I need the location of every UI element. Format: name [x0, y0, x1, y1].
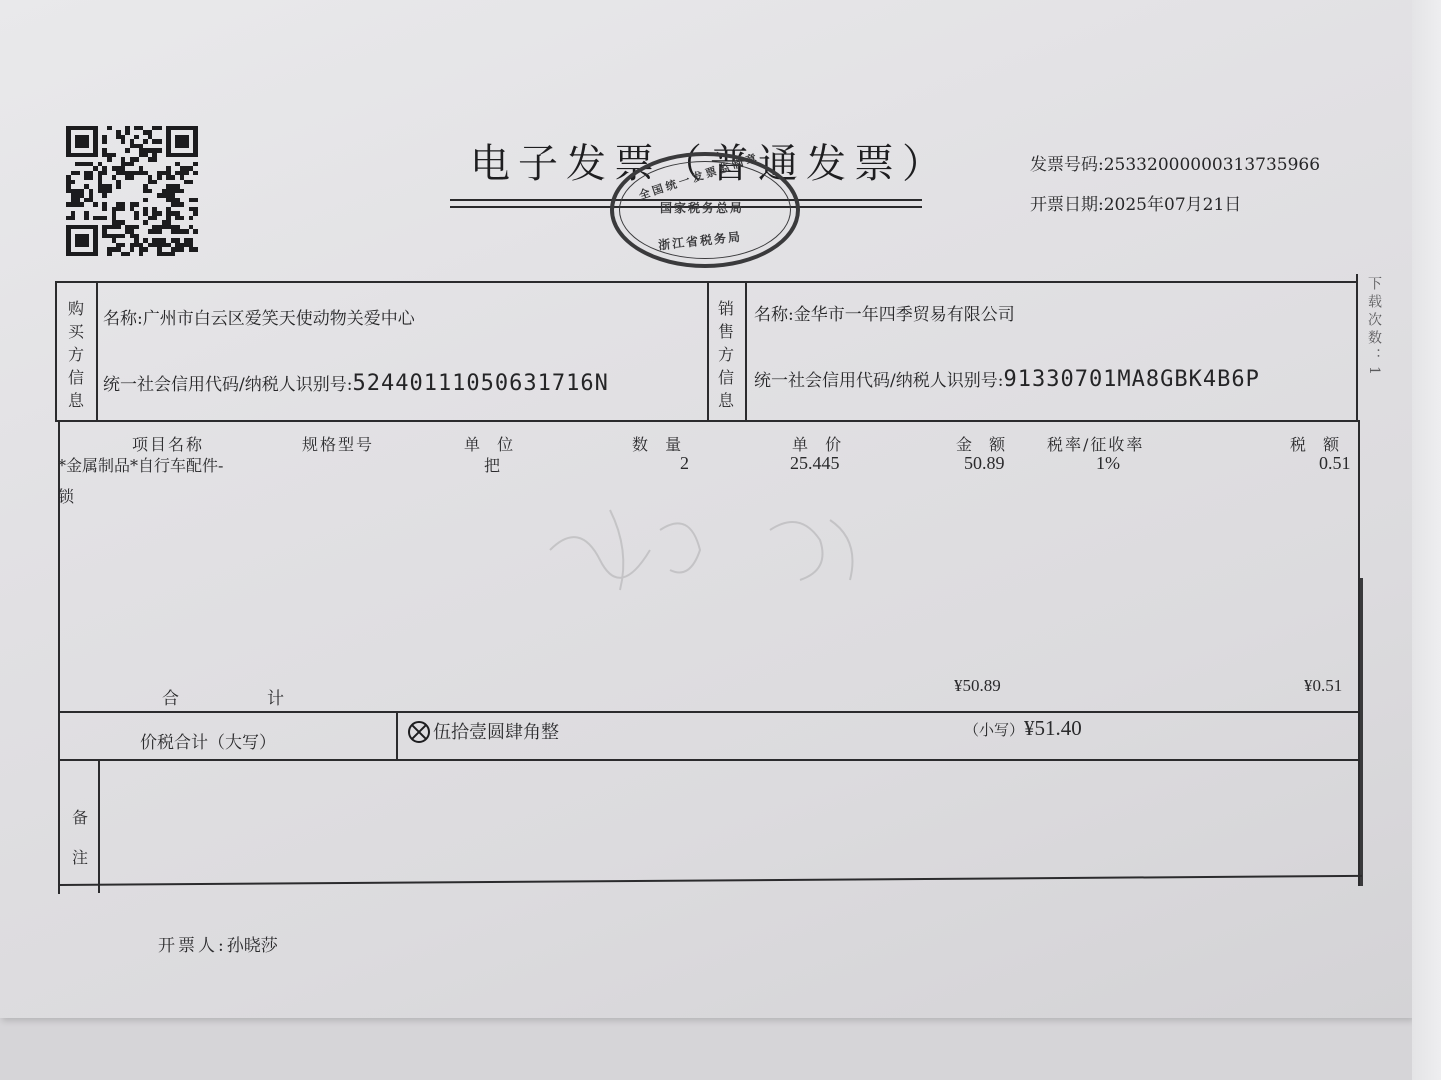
invoice-number-label: 发票号码: [1030, 155, 1104, 175]
buyer-label-divider [96, 281, 98, 422]
subtotal-bottom-border [58, 711, 1360, 713]
item-tax-rate: 1% [1096, 453, 1120, 474]
buyer-section-label: 购买方信息 [66, 297, 86, 412]
official-stamp: 全国统一发票监制章 国家税务总局 浙江省税务局 [610, 152, 800, 268]
grand-total-amount: ¥51.40 [1024, 716, 1082, 740]
buyer-tax-id-label: 统一社会信用代码/纳税人识别号: [103, 375, 352, 395]
faint-handwriting-bleed [540, 490, 880, 600]
header-quantity: 数 量 [632, 432, 687, 455]
remarks-label: 备注 [70, 798, 90, 878]
item-unit: 把 [484, 453, 500, 476]
header-spec: 规格型号 [302, 432, 374, 455]
subtotal-label: 合 计 [162, 684, 288, 709]
item-name-line2: 锁 [58, 484, 74, 507]
buyer-tax-id-row: 统一社会信用代码/纳税人识别号:52440111050631716N [103, 370, 609, 396]
item-quantity: 2 [680, 453, 689, 474]
grand-total-small-label: （小写） [964, 721, 1024, 739]
table-left-border-top [55, 281, 57, 422]
issuer-name: 孙晓莎 [227, 936, 278, 956]
buyer-name-row: 名称:广州市白云区爱笑天使动物关爱中心 [103, 304, 415, 329]
seller-name: 金华市一年四季贸易有限公司 [794, 305, 1015, 325]
subtotal-tax: ¥0.51 [1304, 676, 1342, 696]
grand-total-divider [396, 711, 398, 761]
paper-edge [1412, 0, 1441, 1080]
table-right-border-top [1356, 274, 1358, 422]
header-item-name: 项目名称 [132, 432, 204, 455]
issue-date: 2025年07月21日 [1104, 195, 1242, 215]
qr-code-icon [66, 126, 198, 256]
seller-section-label: 销售方信息 [716, 297, 736, 412]
table-right-border-thick [1360, 578, 1363, 886]
item-name-line1: *金属制品*自行车配件- [58, 453, 223, 476]
grand-total-words: 伍拾壹圆肆角整 [433, 722, 559, 743]
remarks-label-divider [98, 759, 100, 893]
invoice-number-row: 发票号码:25332000000313735966 [1030, 150, 1320, 175]
header-unit-price: 单 价 [792, 432, 847, 455]
item-amount: 50.89 [964, 453, 1005, 474]
header-tax: 税 额 [1290, 432, 1345, 455]
item-tax: 0.51 [1319, 453, 1351, 474]
buyer-tax-id: 52440111050631716N [352, 371, 608, 396]
buyer-name: 广州市白云区爱笑天使动物关爱中心 [143, 309, 415, 329]
issuer-label: 开票人: [158, 936, 227, 956]
buyer-name-label: 名称: [103, 309, 143, 329]
grand-total-label: 价税合计（大写） [140, 728, 276, 753]
grand-total-words-row: 伍拾壹圆肆角整 [408, 718, 559, 744]
seller-name-label: 名称: [754, 305, 794, 325]
header-tax-rate: 税率/征收率 [1047, 432, 1144, 455]
issue-date-label: 开票日期: [1030, 195, 1104, 215]
invoice-number: 25332000000313735966 [1104, 155, 1320, 175]
item-unit-price: 25.445 [790, 453, 840, 474]
grand-total-small-row: （小写）¥51.40 [964, 716, 1082, 741]
buyer-seller-divider [707, 281, 709, 422]
seller-tax-id-label: 统一社会信用代码/纳税人识别号: [754, 371, 1003, 391]
subtotal-amount: ¥50.89 [954, 676, 1001, 696]
header-unit: 单 位 [464, 432, 519, 455]
grand-total-bottom-border [60, 759, 1360, 761]
seller-label-divider [745, 281, 747, 422]
seller-name-row: 名称:金华市一年四季贸易有限公司 [754, 300, 1015, 325]
seller-tax-id-row: 统一社会信用代码/纳税人识别号:91330701MA8GBK4B6P [754, 366, 1260, 392]
download-count-note: 下载次数：1 [1364, 276, 1384, 379]
seller-tax-id: 91330701MA8GBK4B6P [1003, 367, 1259, 392]
issue-date-row: 开票日期:2025年07月21日 [1030, 190, 1241, 215]
stamp-middle-text: 国家税务总局 [660, 199, 744, 216]
issuer-row: 开票人:孙晓莎 [158, 931, 278, 956]
circled-x-icon [408, 721, 430, 743]
header-amount: 金 额 [956, 432, 1011, 455]
